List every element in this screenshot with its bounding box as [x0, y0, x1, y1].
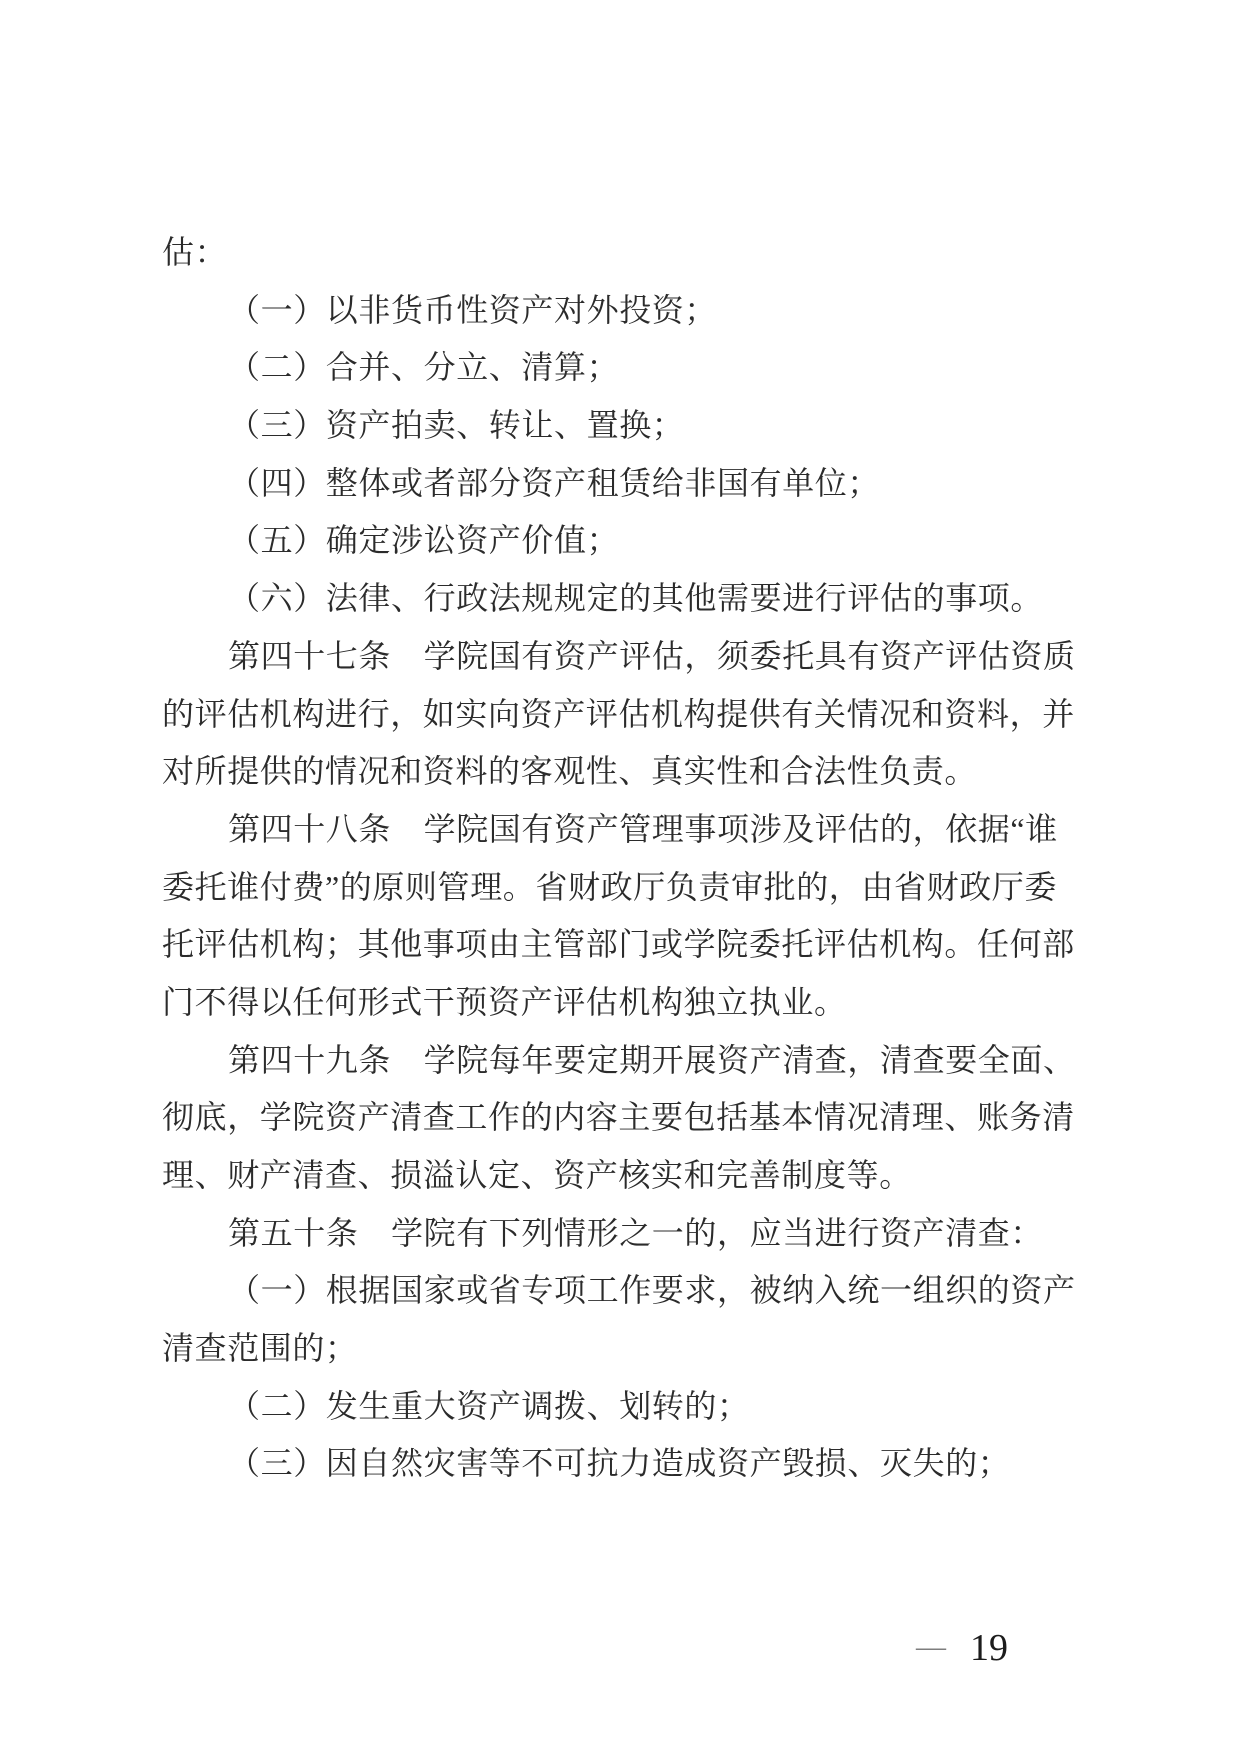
text-line: 门不得以任何形式干预资产评估机构独立执业。 [162, 974, 1102, 1032]
text-line: 委托谁付费”的原则管理。省财政厅负责审批的，由省财政厅委 [162, 859, 1102, 917]
text-line: （一）以非货币性资产对外投资； [162, 282, 1102, 340]
text-line: （三）因自然灾害等不可抗力造成资产毁损、灭失的； [162, 1435, 1102, 1493]
text-line: 清查范围的； [162, 1320, 1102, 1378]
text-line: 理、财产清查、损溢认定、资产核实和完善制度等。 [162, 1147, 1102, 1205]
text-line: （四）整体或者部分资产租赁给非国有单位； [162, 455, 1102, 513]
text-line: 第四十九条 学院每年要定期开展资产清查，清查要全面、 [162, 1032, 1102, 1090]
page-number: 19 [970, 1627, 1008, 1669]
text-line: 的评估机构进行，如实向资产评估机构提供有关情况和资料，并 [162, 686, 1102, 744]
text-line: 第五十条 学院有下列情形之一的，应当进行资产清查： [162, 1205, 1102, 1263]
text-line: （六）法律、行政法规规定的其他需要进行评估的事项。 [162, 570, 1102, 628]
document-body: 估：（一）以非货币性资产对外投资；（二）合并、分立、清算；（三）资产拍卖、转让、… [162, 224, 1102, 1493]
text-line: 彻底，学院资产清查工作的内容主要包括基本情况清理、账务清 [162, 1089, 1102, 1147]
footer-dash: — [916, 1630, 946, 1663]
text-line: （五）确定涉讼资产价值； [162, 512, 1102, 570]
text-line: 对所提供的情况和资料的客观性、真实性和合法性负责。 [162, 743, 1102, 801]
text-line: （二）合并、分立、清算； [162, 339, 1102, 397]
text-line: 第四十七条 学院国有资产评估，须委托具有资产评估资质 [162, 628, 1102, 686]
page-footer: —19 [916, 1628, 1008, 1668]
text-line: 托评估机构；其他事项由主管部门或学院委托评估机构。任何部 [162, 916, 1102, 974]
text-line: （二）发生重大资产调拨、划转的； [162, 1378, 1102, 1436]
text-line: 第四十八条 学院国有资产管理事项涉及评估的，依据“谁 [162, 801, 1102, 859]
text-line: （一）根据国家或省专项工作要求，被纳入统一组织的资产 [162, 1262, 1102, 1320]
document-page: 估：（一）以非货币性资产对外投资；（二）合并、分立、清算；（三）资产拍卖、转让、… [0, 0, 1241, 1755]
text-line: （三）资产拍卖、转让、置换； [162, 397, 1102, 455]
text-line: 估： [162, 224, 1102, 282]
